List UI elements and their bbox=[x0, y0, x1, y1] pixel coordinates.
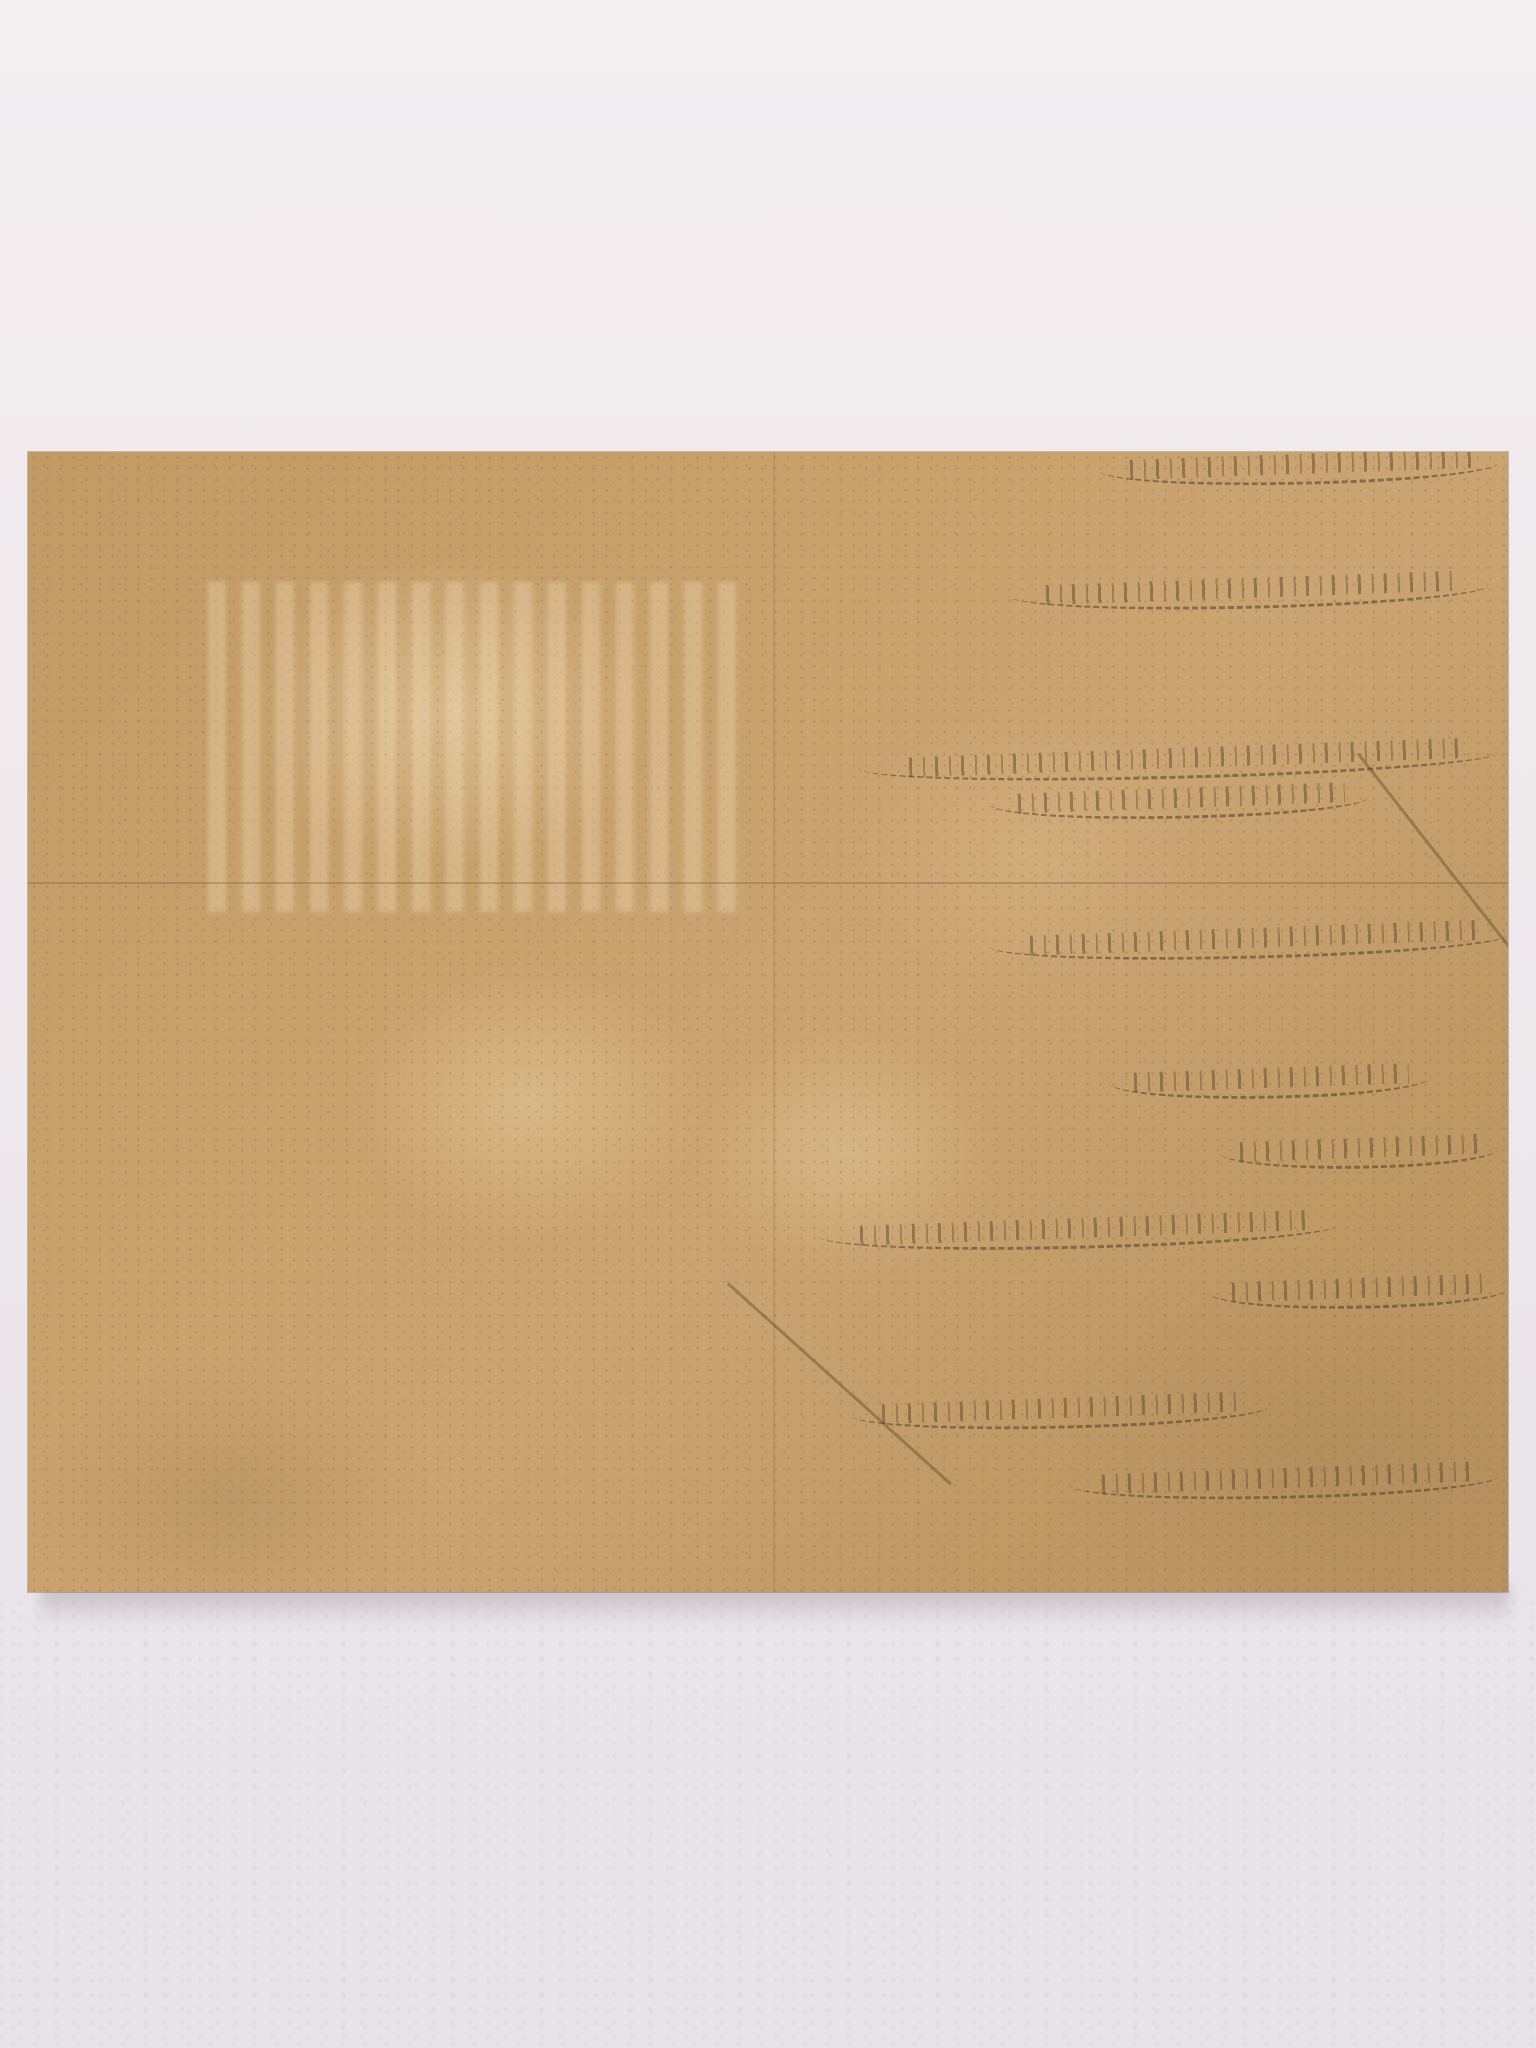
backdrop-fabric bbox=[0, 1600, 1536, 2048]
horizontal-fold-crease bbox=[28, 882, 1508, 884]
manuscript-sheet: Handwritten line 1 (illegible) Handwritt… bbox=[28, 452, 1508, 1592]
faded-stain-area bbox=[208, 582, 748, 912]
vertical-fold-crease bbox=[773, 452, 775, 1592]
